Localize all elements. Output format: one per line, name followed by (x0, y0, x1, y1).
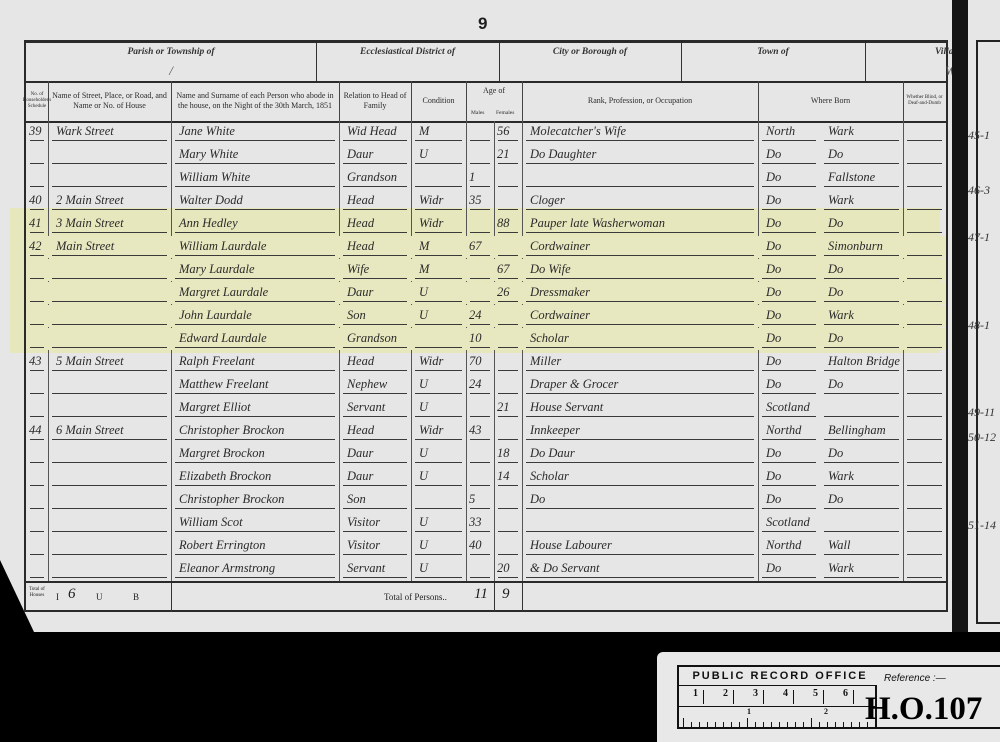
birth-county-cell: Scotland (758, 397, 820, 419)
book-gutter (952, 0, 968, 632)
ruler-cm-tick (793, 690, 794, 704)
ecclesiastical-label: Ecclesiastical District of (316, 47, 499, 57)
census-row: Edward LaurdaleGrandson10ScholarDoDo (26, 328, 946, 350)
female-age-cell (494, 420, 522, 442)
birth-county-cell: Do (758, 190, 820, 212)
female-age-cell: 67 (494, 259, 522, 281)
ruler-tick (811, 718, 812, 728)
street-address-cell (48, 397, 171, 419)
street-address-cell (48, 144, 171, 166)
occupation-cell: Do Daughter (522, 144, 758, 166)
schedule-number-cell: 42 (26, 236, 48, 258)
header-name: Name and Surname of each Person who abod… (171, 81, 340, 121)
person-name-cell: Matthew Freelant (171, 374, 339, 396)
ruler-tick (739, 722, 740, 728)
census-row: Mary WhiteDaurU21Do DaughterDoDo (26, 144, 946, 166)
birth-county-cell: Northd (758, 535, 820, 557)
totals-divider (171, 583, 172, 612)
blind-deaf-dumb-cell (903, 466, 946, 488)
marital-condition-cell: M (411, 121, 466, 143)
census-row: Christopher BrockonSon5DoDoDo (26, 489, 946, 511)
marital-condition-cell: U (411, 512, 466, 534)
census-row: William ScotVisitorU33Scotland (26, 512, 946, 534)
street-address-cell (48, 374, 171, 396)
occupation-cell: Scholar (522, 328, 758, 350)
header-blind: Whether Blind, or Deaf-and-Dumb (903, 81, 946, 121)
birth-place-cell: Wark (820, 558, 903, 580)
birth-county-cell: Do (758, 144, 820, 166)
birth-place-cell: Wark (820, 466, 903, 488)
marital-condition-cell: U (411, 443, 466, 465)
person-name-cell: Elizabeth Brockon (171, 466, 339, 488)
blind-deaf-dumb-cell (903, 190, 946, 212)
person-name-cell: Mary Laurdale (171, 259, 339, 281)
schedule-number-cell (26, 328, 48, 350)
marital-condition-cell: U (411, 282, 466, 304)
female-age-cell: 18 (494, 443, 522, 465)
adjacent-schedule-mark: 49-11 (968, 405, 995, 420)
marital-condition-cell: U (411, 305, 466, 327)
street-address-cell: 3 Main Street (48, 213, 171, 235)
person-name-cell: William Laurdale (171, 236, 339, 258)
census-row: Eleanor ArmstrongServantU20& Do ServantD… (26, 558, 946, 580)
male-age-cell (466, 558, 494, 580)
person-name-cell: Ralph Freelant (171, 351, 339, 373)
street-address-cell (48, 466, 171, 488)
parish-value: / (26, 63, 316, 79)
ruler-tick (835, 722, 836, 728)
relation-to-head-cell: Wife (339, 259, 411, 281)
ruler-tick (683, 718, 684, 728)
occupation-cell: Pauper late Washerwoman (522, 213, 758, 235)
ruler-tick (819, 722, 820, 728)
person-name-cell: Ann Hedley (171, 213, 339, 235)
census-row: Margret LaurdaleDaurU26DressmakerDoDo (26, 282, 946, 304)
schedule-number-cell (26, 167, 48, 189)
female-age-cell (494, 236, 522, 258)
birth-place-cell: Halton Bridge (820, 351, 903, 373)
census-row: 413 Main StreetAnn HedleyHeadWidr88Paupe… (26, 213, 946, 235)
adjacent-schedule-mark: 46-3 (968, 183, 990, 198)
header-age-males: Males (471, 108, 484, 118)
adjacent-schedule-mark: 50-12 (968, 430, 996, 445)
street-address-cell (48, 558, 171, 580)
male-age-cell: 10 (466, 328, 494, 350)
female-age-cell: 21 (494, 397, 522, 419)
census-row: 39Wark StreetJane WhiteWid HeadM56Moleca… (26, 121, 946, 143)
blind-deaf-dumb-cell (903, 351, 946, 373)
census-row: 42Main StreetWilliam LaurdaleHeadM67Cord… (26, 236, 946, 258)
male-age-cell (466, 466, 494, 488)
ruler-tick (747, 718, 748, 728)
houses-total-label: Total of Houses (28, 587, 46, 599)
schedule-number-cell (26, 282, 48, 304)
street-address-cell (48, 305, 171, 327)
relation-to-head-cell: Head (339, 213, 411, 235)
birth-county-cell: Do (758, 213, 820, 235)
occupation-cell: Cordwainer (522, 236, 758, 258)
parish-cell: Parish or Township of / (26, 43, 317, 81)
birth-place-cell: Do (820, 259, 903, 281)
occupation-cell (522, 167, 758, 189)
ruler-cm-label: 3 (753, 688, 758, 699)
district-row: Parish or Township of / Ecclesiastical D… (26, 43, 946, 83)
birth-place-cell: Do (820, 374, 903, 396)
ruler-cm-label: 1 (693, 688, 698, 699)
birth-place-cell: Bellingham (820, 420, 903, 442)
ruler-tick (779, 722, 780, 728)
male-age-cell (466, 121, 494, 143)
marital-condition-cell (411, 167, 466, 189)
marital-condition-cell: Widr (411, 420, 466, 442)
ruler-cm-label: 6 (843, 688, 848, 699)
street-address-cell (48, 167, 171, 189)
ruler-inch-label: 2 (824, 707, 828, 716)
birth-place-cell: Wall (820, 535, 903, 557)
ruler-tick (795, 722, 796, 728)
birth-county-cell: Do (758, 489, 820, 511)
totals-divider (522, 583, 523, 612)
street-address-cell: 6 Main Street (48, 420, 171, 442)
census-row: Margret BrockonDaurU18Do DaurDoDo (26, 443, 946, 465)
birth-place-cell: Simonburn (820, 236, 903, 258)
male-age-cell: 35 (466, 190, 494, 212)
relation-to-head-cell: Son (339, 489, 411, 511)
census-row: John LaurdaleSonU24CordwainerDoWark (26, 305, 946, 327)
schedule-number-cell (26, 466, 48, 488)
street-address-cell (48, 489, 171, 511)
schedule-number-cell (26, 305, 48, 327)
census-row: William WhiteGrandson1DoFallstone (26, 167, 946, 189)
birth-county-cell: Scotland (758, 512, 820, 534)
female-age-cell: 88 (494, 213, 522, 235)
street-address-cell (48, 328, 171, 350)
parish-label: Parish or Township of (26, 47, 316, 57)
blind-deaf-dumb-cell (903, 259, 946, 281)
header-where-born: Where Born (758, 81, 904, 121)
male-age-cell: 70 (466, 351, 494, 373)
public-record-office-card: PUBLIC RECORD OFFICE 12345612 Reference … (657, 652, 1000, 742)
census-row: Robert ErringtonVisitorU40House Labourer… (26, 535, 946, 557)
census-row: Mary LaurdaleWifeM67Do WifeDoDo (26, 259, 946, 281)
census-row: Elizabeth BrockonDaurU14ScholarDoWark (26, 466, 946, 488)
ruler-tick (843, 722, 844, 728)
male-age-cell (466, 259, 494, 281)
person-name-cell: Edward Laurdale (171, 328, 339, 350)
birth-county-cell: Do (758, 558, 820, 580)
female-age-cell (494, 190, 522, 212)
person-name-cell: Margret Laurdale (171, 282, 339, 304)
blind-deaf-dumb-cell (903, 374, 946, 396)
adjacent-page: 45-146-347-148-149-1150-1251-14 (968, 0, 1000, 632)
ruler-divider (679, 706, 875, 707)
marital-condition-cell (411, 328, 466, 350)
census-row: 402 Main StreetWalter DoddHeadWidr35Clog… (26, 190, 946, 212)
ruler-cm-label: 5 (813, 688, 818, 699)
blind-deaf-dumb-cell (903, 489, 946, 511)
adjacent-schedule-mark: 47-1 (968, 230, 990, 245)
ruler-inch-label: 1 (747, 707, 751, 716)
relation-to-head-cell: Servant (339, 397, 411, 419)
blind-deaf-dumb-cell (903, 121, 946, 143)
schedule-number-cell (26, 535, 48, 557)
schedule-number-cell: 41 (26, 213, 48, 235)
male-age-cell: 33 (466, 512, 494, 534)
street-address-cell: 5 Main Street (48, 351, 171, 373)
male-age-cell (466, 144, 494, 166)
relation-to-head-cell: Servant (339, 558, 411, 580)
totals-row: Total of Houses I 6 U B Total of Persons… (26, 581, 946, 612)
blind-deaf-dumb-cell (903, 535, 946, 557)
houses-inhabited-label: I (56, 592, 59, 602)
occupation-cell: House Labourer (522, 535, 758, 557)
person-name-cell: Robert Errington (171, 535, 339, 557)
blind-deaf-dumb-cell (903, 328, 946, 350)
marital-condition-cell: Widr (411, 213, 466, 235)
blind-deaf-dumb-cell (903, 558, 946, 580)
schedule-number-cell (26, 397, 48, 419)
marital-condition-cell: U (411, 374, 466, 396)
birth-county-cell: Northd (758, 420, 820, 442)
marital-condition-cell: U (411, 397, 466, 419)
birth-county-cell: North (758, 121, 820, 143)
header-condition: Condition (411, 81, 467, 121)
census-row: 435 Main StreetRalph FreelantHeadWidr70M… (26, 351, 946, 373)
blind-deaf-dumb-cell (903, 236, 946, 258)
header-occupation: Rank, Profession, or Occupation (522, 81, 759, 121)
marital-condition-cell: M (411, 236, 466, 258)
female-age-cell: 26 (494, 282, 522, 304)
marital-condition-cell: U (411, 466, 466, 488)
birth-place-cell: Do (820, 328, 903, 350)
female-age-cell (494, 374, 522, 396)
houses-inhabited-value: 6 (68, 586, 76, 603)
relation-to-head-cell: Head (339, 351, 411, 373)
blind-deaf-dumb-cell (903, 213, 946, 235)
birth-county-cell: Do (758, 466, 820, 488)
marital-condition-cell: Widr (411, 351, 466, 373)
occupation-cell: Do (522, 489, 758, 511)
occupation-cell: Do Daur (522, 443, 758, 465)
male-age-cell: 24 (466, 305, 494, 327)
person-name-cell: John Laurdale (171, 305, 339, 327)
occupation-cell (522, 512, 758, 534)
ruler-tick (755, 722, 756, 728)
birth-place-cell (820, 397, 903, 419)
schedule-number-cell: 40 (26, 190, 48, 212)
houses-building-label: B (133, 592, 139, 602)
ruler-tick (691, 722, 692, 728)
male-age-cell: 24 (466, 374, 494, 396)
birth-county-cell: Do (758, 259, 820, 281)
birth-county-cell: Do (758, 167, 820, 189)
birth-county-cell: Do (758, 351, 820, 373)
birth-place-cell: Wark (820, 190, 903, 212)
marital-condition-cell: U (411, 144, 466, 166)
male-age-cell: 40 (466, 535, 494, 557)
street-address-cell: 2 Main Street (48, 190, 171, 212)
blind-deaf-dumb-cell (903, 144, 946, 166)
census-row: Margret ElliotServantU21House ServantSco… (26, 397, 946, 419)
schedule-number-cell: 43 (26, 351, 48, 373)
male-age-cell (466, 397, 494, 419)
census-row: 446 Main StreetChristopher BrockonHeadWi… (26, 420, 946, 442)
male-age-cell: 43 (466, 420, 494, 442)
occupation-cell: Miller (522, 351, 758, 373)
schedule-number-cell (26, 512, 48, 534)
female-age-cell (494, 489, 522, 511)
female-age-cell (494, 305, 522, 327)
male-age-cell: 5 (466, 489, 494, 511)
person-name-cell: Margret Brockon (171, 443, 339, 465)
ruler-tick (851, 722, 852, 728)
schedule-number-cell (26, 558, 48, 580)
male-age-cell (466, 213, 494, 235)
female-total: 9 (502, 586, 510, 603)
male-total: 11 (474, 586, 488, 603)
ruler-tick (859, 722, 860, 728)
birth-county-cell: Do (758, 328, 820, 350)
archive-title: PUBLIC RECORD OFFICE (685, 670, 875, 682)
header-street: Name of Street, Place, or Road, and Name… (48, 81, 172, 121)
relation-to-head-cell: Visitor (339, 512, 411, 534)
street-address-cell (48, 512, 171, 534)
birth-county-cell: Do (758, 305, 820, 327)
female-age-cell: 21 (494, 144, 522, 166)
birth-place-cell: Do (820, 144, 903, 166)
ecclesiastical-cell: Ecclesiastical District of (316, 43, 500, 81)
occupation-cell: & Do Servant (522, 558, 758, 580)
male-age-cell: 1 (466, 167, 494, 189)
totals-divider (494, 583, 495, 612)
reference-label: Reference :— (884, 673, 946, 684)
relation-to-head-cell: Head (339, 190, 411, 212)
ruler-tick (803, 722, 804, 728)
relation-to-head-cell: Wid Head (339, 121, 411, 143)
relation-to-head-cell: Daur (339, 466, 411, 488)
blind-deaf-dumb-cell (903, 420, 946, 442)
relation-to-head-cell: Daur (339, 443, 411, 465)
birth-county-cell: Do (758, 443, 820, 465)
ruler-tick (707, 722, 708, 728)
occupation-cell: Do Wife (522, 259, 758, 281)
person-name-cell: Mary White (171, 144, 339, 166)
occupation-cell: Innkeeper (522, 420, 758, 442)
street-address-cell (48, 259, 171, 281)
street-address-cell (48, 282, 171, 304)
archive-reference-box: PUBLIC RECORD OFFICE 12345612 Reference … (677, 665, 1000, 729)
header-age-females: Females (496, 108, 514, 118)
female-age-cell: 20 (494, 558, 522, 580)
ruler-tick (787, 722, 788, 728)
town-label: Town of (681, 47, 865, 57)
person-name-cell: Jane White (171, 121, 339, 143)
relation-to-head-cell: Nephew (339, 374, 411, 396)
marital-condition-cell: M (411, 259, 466, 281)
ruler-tick (763, 722, 764, 728)
occupation-cell: Dressmaker (522, 282, 758, 304)
town-cell: Town of (681, 43, 866, 81)
street-address-cell (48, 443, 171, 465)
schedule-number-cell (26, 259, 48, 281)
birth-place-cell: Fallstone (820, 167, 903, 189)
occupation-cell: Scholar (522, 466, 758, 488)
relation-to-head-cell: Daur (339, 144, 411, 166)
person-name-cell: William Scot (171, 512, 339, 534)
adjacent-schedule-mark: 51-14 (968, 518, 996, 533)
relation-to-head-cell: Head (339, 420, 411, 442)
street-address-cell (48, 535, 171, 557)
adjacent-schedule-mark: 48-1 (968, 318, 990, 333)
blind-deaf-dumb-cell (903, 167, 946, 189)
borough-cell: City or Borough of (499, 43, 682, 81)
birth-county-cell: Do (758, 374, 820, 396)
ruler-cm-label: 4 (783, 688, 788, 699)
person-name-cell: Walter Dodd (171, 190, 339, 212)
person-name-cell: Christopher Brockon (171, 420, 339, 442)
column-header-row: No. of Householder's Schedule Name of St… (26, 81, 946, 123)
birth-place-cell (820, 512, 903, 534)
person-name-cell: William White (171, 167, 339, 189)
schedule-number-cell: 44 (26, 420, 48, 442)
birth-place-cell: Wark (820, 121, 903, 143)
birth-county-cell: Do (758, 236, 820, 258)
birth-place-cell: Do (820, 282, 903, 304)
street-address-cell: Wark Street (48, 121, 171, 143)
ruler-tick (771, 722, 772, 728)
female-age-cell: 56 (494, 121, 522, 143)
blind-deaf-dumb-cell (903, 282, 946, 304)
ruler-tick (731, 722, 732, 728)
schedule-number-cell: 39 (26, 121, 48, 143)
blind-deaf-dumb-cell (903, 443, 946, 465)
ruler-cm-tick (823, 690, 824, 704)
schedule-number-cell (26, 144, 48, 166)
ruler-cm-tick (853, 690, 854, 704)
street-address-cell: Main Street (48, 236, 171, 258)
person-name-cell: Margret Elliot (171, 397, 339, 419)
page-number: 9 (478, 14, 487, 34)
person-name-cell: Eleanor Armstrong (171, 558, 339, 580)
ruler-tick (723, 722, 724, 728)
reference-number: H.O.107 (865, 691, 982, 728)
occupation-cell: Cloger (522, 190, 758, 212)
census-sheet: Parish or Township of / Ecclesiastical D… (24, 40, 948, 612)
marital-condition-cell: U (411, 558, 466, 580)
female-age-cell (494, 535, 522, 557)
ruler-tick (827, 722, 828, 728)
female-age-cell (494, 512, 522, 534)
blind-deaf-dumb-cell (903, 512, 946, 534)
ruler-cm-tick (733, 690, 734, 704)
schedule-number-cell (26, 374, 48, 396)
birth-place-cell: Do (820, 213, 903, 235)
census-page: 9 Parish or Township of / Ecclesiastical… (0, 0, 955, 632)
birth-place-cell: Wark (820, 305, 903, 327)
male-age-cell (466, 443, 494, 465)
blind-deaf-dumb-cell (903, 305, 946, 327)
header-schedule: No. of Householder's Schedule (26, 81, 49, 121)
relation-to-head-cell: Son (339, 305, 411, 327)
header-age: Age of Males Females (466, 81, 523, 121)
relation-to-head-cell: Head (339, 236, 411, 258)
ruler-tick (699, 722, 700, 728)
relation-to-head-cell: Visitor (339, 535, 411, 557)
header-age-label: Age of (483, 86, 505, 96)
measurement-ruler: 12345612 (679, 685, 877, 728)
person-name-cell: Christopher Brockon (171, 489, 339, 511)
houses-uninhabited-label: U (96, 592, 103, 602)
